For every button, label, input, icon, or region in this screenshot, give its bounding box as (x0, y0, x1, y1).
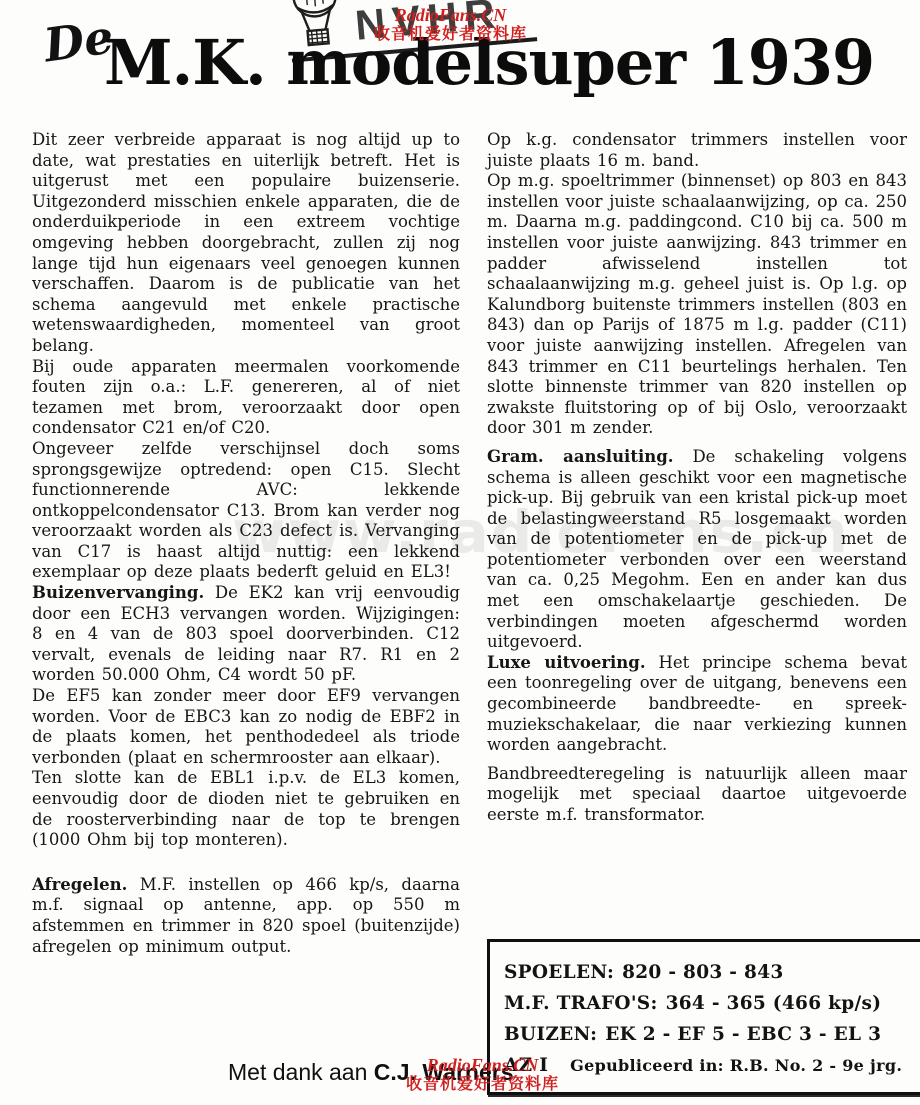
paragraph: Ongeveer zelfde verschijnsel doch soms s… (32, 439, 460, 583)
red-watermark-top: RadioFans.CN 收音机爱好者资料库 (348, 5, 553, 44)
paragraph: Ten slotte kan de EBL1 i.p.v. de EL3 kom… (32, 768, 460, 850)
watermark-chinese: 收音机爱好者资料库 (380, 1076, 585, 1094)
watermark-chinese: 收音机爱好者资料库 (348, 26, 553, 44)
scanned-service-document: { "header": { "title_script": "De", "tit… (0, 0, 920, 1105)
infobox-row-spoelen: SPOELEN:820 - 803 - 843 (504, 957, 916, 988)
paragraph: Buizenvervanging. De EK2 kan vrij eenvou… (32, 583, 460, 686)
paragraph: Op m.g. spoeltrimmer (binnenset) op 803 … (487, 171, 907, 439)
paragraph: Bij oude apparaten meermalen voorkomende… (32, 357, 460, 439)
red-watermark-bottom: RadioFans.CN 收音机爱好者资料库 (380, 1055, 585, 1094)
right-column: Op k.g. condensator trimmers instellen v… (487, 130, 907, 826)
paragraph: Op k.g. condensator trimmers instellen v… (487, 130, 907, 171)
infobox-row-mf-trafos: M.F. TRAFO'S:364 - 365 (466 kp/s) (504, 988, 916, 1019)
paragraph: Gram. aansluiting. De schakeling volgens… (487, 447, 907, 653)
left-column: Dit zeer verbreide apparaat is nog altij… (32, 130, 460, 957)
paragraph: Luxe uitvoering. Het principe schema bev… (487, 653, 907, 756)
paragraph: Dit zeer verbreide apparaat is nog altij… (32, 130, 460, 357)
paragraph: Afregelen. M.F. instellen op 466 kp/s, d… (32, 875, 460, 957)
paragraph: De EF5 kan zonder meer door EF9 vervange… (32, 686, 460, 768)
watermark-site: RadioFans.CN (348, 5, 553, 26)
paragraph: Bandbreedteregeling is natuurlijk alleen… (487, 764, 907, 826)
watermark-site: RadioFans.CN (380, 1055, 585, 1076)
infobox-row-buizen: BUIZEN:EK 2 - EF 5 - EBC 3 - EL 3 (504, 1019, 916, 1050)
